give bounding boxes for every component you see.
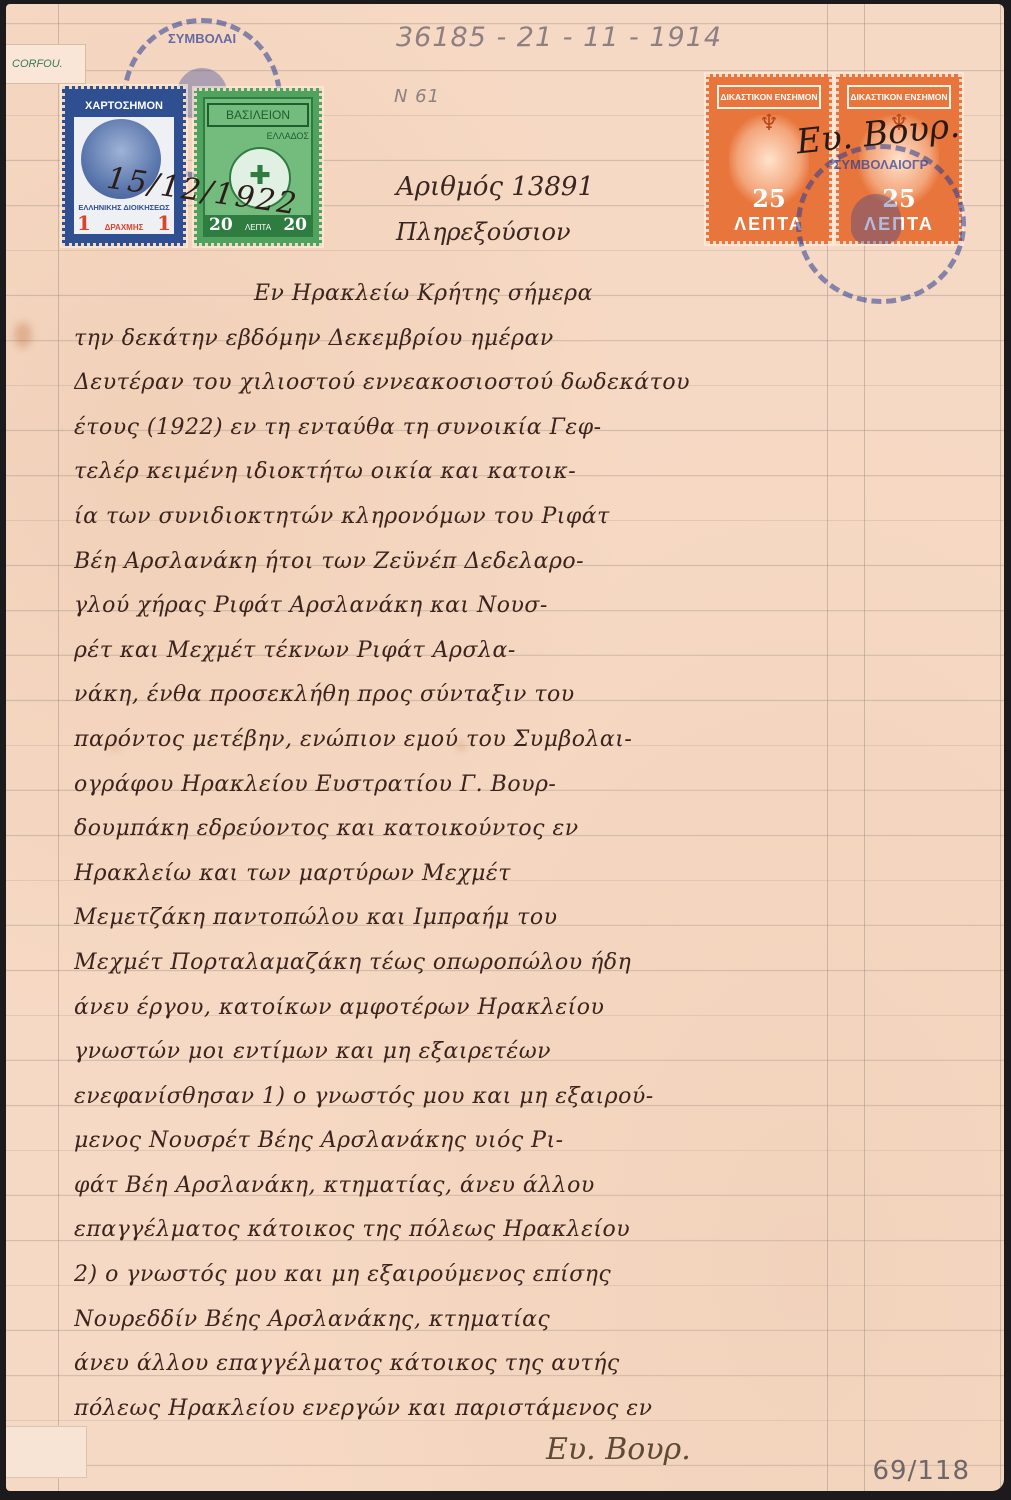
paper-tab [6,1426,87,1478]
body-line: ογράφου Ηρακλείου Ευστρατίου Γ. Βουρ- [74,763,794,808]
body-line: ία των συνιδιοκτητών κληρονόμων του Ριφά… [74,495,794,540]
seal-text: ΣΥΜΒΟΛΑΙ [127,31,277,46]
body-line: Δευτέραν του χιλιοστού εννεακοσιοστού δω… [74,361,794,406]
body-line: παρόντος μετέβην, ενώπιον εμού του Συμβο… [74,718,794,763]
body-line: Μεχμέτ Πορταλαμαζάκη τέως οπωροπώλου ήδη [74,941,794,986]
archival-sub-reference: Ν 61 [394,86,440,107]
body-line: ενεφανίσθησαν 1) ο γνωστός μου και μη εξ… [74,1075,794,1120]
body-line: έτους (1922) εν τη ενταύθα τη συνοικία Γ… [74,406,794,451]
body-line: νάκη, ένθα προσεκλήθη προς σύνταξιν του [74,673,794,718]
signature-bottom: Ευ. Βουρ. [546,1432,691,1467]
body-line: Ηρακλείω και των μαρτύρων Μεχμέτ [74,852,794,897]
notary-seal-right: ΣΥΜΒΟΛΑΙΟΓΡ [796,144,966,304]
body-line: ρέτ και Μεχμέτ τέκνων Ριφάτ Αρσλα- [74,629,794,674]
body-line: Εν Ηρακλείω Κρήτης σήμερα [74,272,794,317]
stamp-header: ΔΙΚΑΣΤΙΚΟΝ ΕΝΣΗΜΟΝ [847,85,951,109]
stamp-value: 1 ΔΡΑΧΜΗΣ 1 [71,211,177,235]
green-revenue-stamp: ΒΑΣΙΛΕΙΟΝ ΕΛΛΑΔΟΣ 20 ΛΕΠΤΑ 20 [194,88,322,246]
body-line: γνωστών μοι εντίμων και μη εξαιρετέων [74,1030,794,1075]
body-line: γλού χήρας Ριφάτ Αρσλανάκη και Νουσ- [74,584,794,629]
body-line: τελέρ κειμένη ιδιοκτήτω οικία και κατοικ… [74,450,794,495]
archival-reference-number: 36185 - 21 - 11 - 1914 [396,22,722,53]
deed-number: Αριθμός 13891 [396,172,594,202]
body-line: φάτ Βέη Αρσλανάκη, κτηματίας, άνευ άλλου [74,1164,794,1209]
stamp-subheader: ΕΛΛΑΔΟΣ [267,131,309,141]
body-line: άνευ έργου, κατοίκων αμφοτέρων Ηρακλείου [74,986,794,1031]
corfou-label: CORFOU. [6,44,86,84]
stamp-header: ΔΙΚΑΣΤΙΚΟΝ ΕΝΣΗΜΟΝ [717,85,821,109]
stamp-header: ΒΑΣΙΛΕΙΟΝ [207,103,309,127]
crown-emblem-icon [851,194,901,244]
body-line: Νουρεδδίν Βέης Αρσλανάκης, κτηματίας [74,1298,794,1343]
body-line: την δεκάτην εβδόμην Δεκεμβρίου ημέραν [74,317,794,362]
body-line: πόλεως Ηρακλείου ενεργών και παριστάμενο… [74,1387,794,1432]
body-line: δουμπάκη εδρεύοντος και κατοικούντος εν [74,807,794,852]
body-line: Βέη Αρσλανάκη ήτοι των Ζεϋνέπ Δεδελαρο- [74,540,794,585]
body-line: άνευ άλλου επαγγέλματος κάτοικος της αυτ… [74,1342,794,1387]
body-line: Μεμετζάκη παντοπώλου και Ιμπραήμ του [74,896,794,941]
margin-rule-left [58,4,59,1491]
stamp-header: ΧΑΡΤΟΣΗΜΟΝ [71,95,177,117]
deed-body: Εν Ηρακλείω Κρήτης σήμερα την δεκάτην εβ… [74,272,794,1431]
folio-number: 69/118 [873,1456,970,1486]
foxing-stain [14,322,32,348]
deed-title: Πληρεξούσιον [396,218,571,246]
body-line: μενος Νουσρέτ Βέης Αρσλανάκης υιός Ρι- [74,1119,794,1164]
margin-rule-edge [1000,4,1001,1491]
document-page: CORFOU. 36185 - 21 - 11 - 1914 Ν 61 ΣΥΜΒ… [6,4,1004,1491]
body-line: επαγγέλματος κάτοικος της πόλεως Ηρακλεί… [74,1208,794,1253]
body-line: 2) ο γνωστός μου και μη εξαιρούμενος επί… [74,1253,794,1298]
